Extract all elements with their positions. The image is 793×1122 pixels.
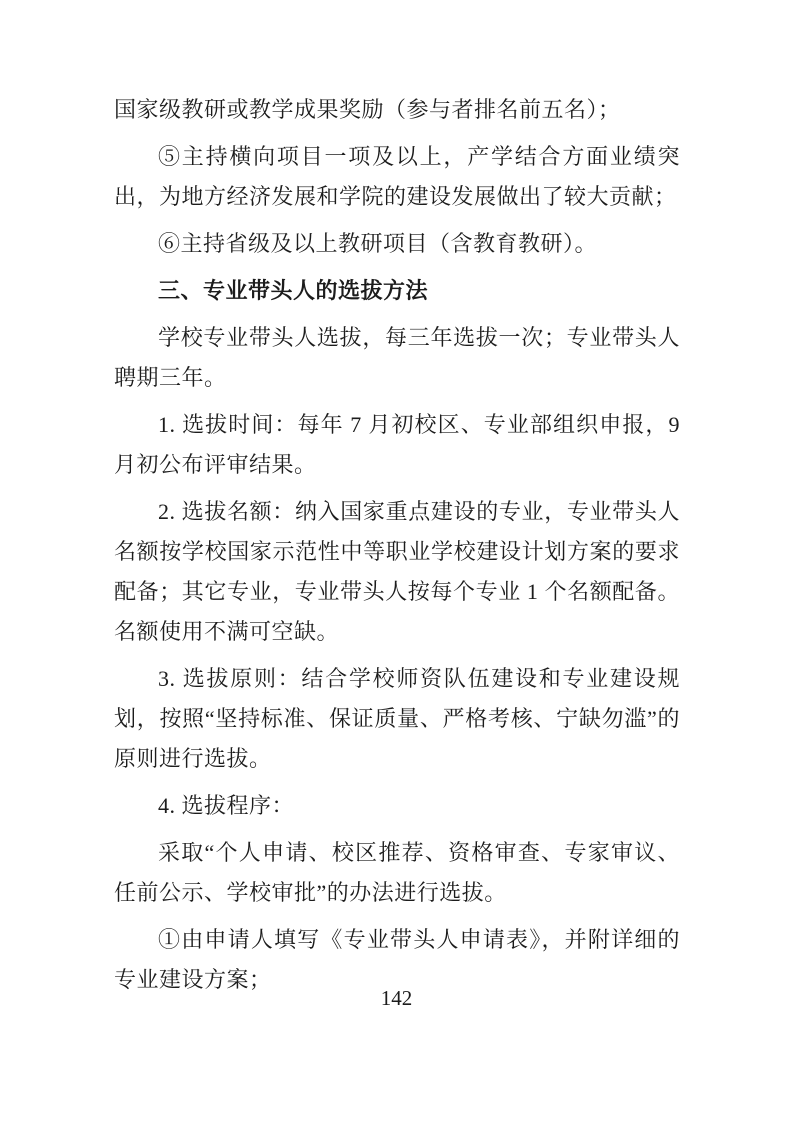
paragraph: ⑥主持省级及以上教研项目（含教育教研）。 bbox=[114, 224, 680, 264]
document-page: 国家级教研或教学成果奖励（参与者排名前五名）；⑤主持横向项目一项及以上，产学结合… bbox=[0, 0, 793, 1122]
document-body: 国家级教研或教学成果奖励（参与者排名前五名）；⑤主持横向项目一项及以上，产学结合… bbox=[114, 90, 680, 1007]
paragraph: 国家级教研或教学成果奖励（参与者排名前五名）； bbox=[114, 90, 680, 130]
page-number: 142 bbox=[0, 984, 793, 1012]
paragraph: 3. 选拔原则：结合学校师资队伍建设和专业建设规划，按照“坚持标准、保证质量、严… bbox=[114, 659, 680, 779]
paragraph: 学校专业带头人选拔，每三年选拔一次；专业带头人聘期三年。 bbox=[114, 318, 680, 398]
paragraph: 4. 选拔程序： bbox=[114, 786, 680, 826]
section-heading: 三、专业带头人的选拔方法 bbox=[114, 271, 680, 311]
paragraph: ⑤主持横向项目一项及以上，产学结合方面业绩突出，为地方经济发展和学院的建设发展做… bbox=[114, 137, 680, 217]
paragraph: 采取“个人申请、校区推荐、资格审查、专家审议、任前公示、学校审批”的办法进行选拔… bbox=[114, 833, 680, 913]
paragraph: 2. 选拔名额：纳入国家重点建设的专业，专业带头人名额按学校国家示范性中等职业学… bbox=[114, 492, 680, 652]
paragraph: 1. 选拔时间：每年 7 月初校区、专业部组织申报，9 月初公布评审结果。 bbox=[114, 405, 680, 485]
